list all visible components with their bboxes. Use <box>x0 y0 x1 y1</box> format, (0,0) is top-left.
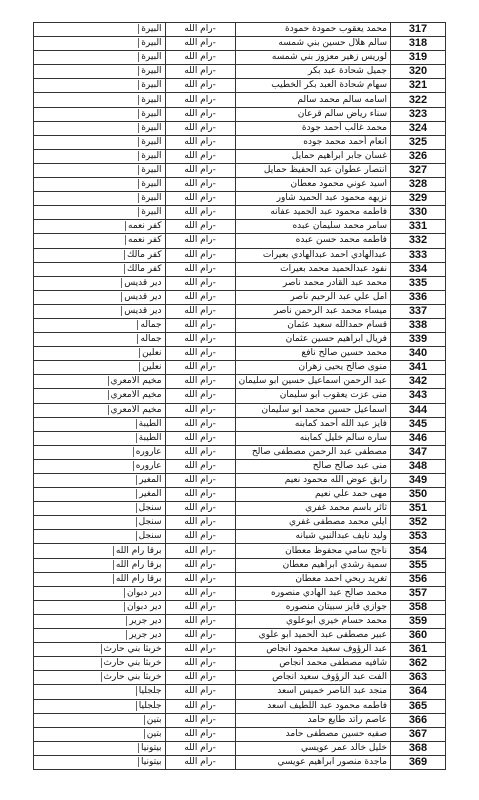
town-text: المغير <box>136 489 161 499</box>
town-cell: خربثا بني حارث <box>34 671 166 685</box>
name-cell: ناجح سامي محفوظ معطان <box>235 544 390 558</box>
name-cell: ايلي محمد مصطفى غفري <box>235 516 390 530</box>
name-cell: فريال ابراهيم حسين عثمان <box>235 333 390 347</box>
town-text: البيرة <box>138 95 161 105</box>
table-row: سنجلرام الله-ايلي محمد مصطفى غفري352 <box>34 516 446 530</box>
town-cell: الطيبة <box>34 431 166 445</box>
number-cell: 333 <box>391 248 446 262</box>
table-row: المغيررام الله-رابق عوض الله محمود نعيم3… <box>34 474 446 488</box>
town-text: نعلين <box>139 362 161 372</box>
table-row: عارورهرام الله-مصطفى عبد الرحمن مصطفى صا… <box>34 445 446 459</box>
district-cell: رام الله- <box>165 516 235 530</box>
district-cell: رام الله- <box>165 699 235 713</box>
town-text: مخيم الامعري <box>108 390 162 400</box>
number-cell: 342 <box>391 375 446 389</box>
district-cell: رام الله- <box>165 79 235 93</box>
number-cell: 360 <box>391 629 446 643</box>
town-cell: كفر نعمه <box>34 234 166 248</box>
table-row: برقا رام اللهرام الله-تغريد ربحي احمد مع… <box>34 572 446 586</box>
district-cell: رام الله- <box>165 347 235 361</box>
name-cell: جوازي فايز سبيتان منصوره <box>235 600 390 614</box>
district-cell: رام الله- <box>165 727 235 741</box>
table-row: البيرةرام الله-سناء رياض سالم قرعان323 <box>34 107 446 121</box>
town-text: جماله <box>137 320 161 330</box>
district-cell: رام الله- <box>165 361 235 375</box>
name-cell: منجد عبد الناصر خميس اسعد <box>235 685 390 699</box>
number-cell: 328 <box>391 178 446 192</box>
town-text: البيرة <box>138 193 161 203</box>
number-cell: 335 <box>391 276 446 290</box>
town-text: بتين <box>144 715 162 725</box>
town-cell: عاروره <box>34 459 166 473</box>
table-row: مخيم الامعريرام الله-عبد الرحمن اسماعيل … <box>34 375 446 389</box>
name-cell: فايز عبد الله أحمد كمابنه <box>235 417 390 431</box>
town-cell: نعلين <box>34 361 166 375</box>
table-row: بيتونيارام الله-خليل خالد عمر عويسي368 <box>34 741 446 755</box>
number-cell: 363 <box>391 671 446 685</box>
district-cell: رام الله- <box>165 51 235 65</box>
district-cell: رام الله- <box>165 262 235 276</box>
town-text: البيرة <box>138 109 161 119</box>
district-cell: رام الله- <box>165 530 235 544</box>
number-cell: 359 <box>391 614 446 628</box>
town-text: سنجل <box>136 531 162 541</box>
name-cell: سهام شحادة العبد بكر الخطيب <box>235 79 390 93</box>
district-cell: رام الله- <box>165 318 235 332</box>
town-cell: البيرة <box>34 107 166 121</box>
number-cell: 338 <box>391 318 446 332</box>
district-cell: رام الله- <box>165 544 235 558</box>
table-row: نعلينرام الله-محمد حسين صالح نافع340 <box>34 347 446 361</box>
table-row: مخيم الامعريرام الله-اسماعيل حسين محمد ا… <box>34 403 446 417</box>
table-row: البيرةرام الله-لوريس زهير معزوز بني شمسه… <box>34 51 446 65</box>
number-cell: 339 <box>391 333 446 347</box>
town-text: البيرة <box>138 52 161 62</box>
name-cell: جميل شحادة عبد بكر <box>235 65 390 79</box>
town-text: بيتونيا <box>138 743 162 753</box>
district-cell: رام الله- <box>165 206 235 220</box>
town-cell: البيرة <box>34 93 166 107</box>
table-row: البيرةرام الله-غسان جابر ابراهيم حمايل32… <box>34 149 446 163</box>
name-cell: سناء رياض سالم قرعان <box>235 107 390 121</box>
name-cell: عبد الرحمن اسماعيل حسين ابو سليمان <box>235 375 390 389</box>
number-cell: 337 <box>391 304 446 318</box>
name-cell: اسماعيل حسين محمد ابو سليمان <box>235 403 390 417</box>
number-cell: 318 <box>391 37 446 51</box>
name-cell: منوى صالح يحيى زهران <box>235 361 390 375</box>
number-cell: 326 <box>391 149 446 163</box>
table-row: برقا رام اللهرام الله-سمية رشدي ابراهيم … <box>34 558 446 572</box>
town-cell: البيرة <box>34 163 166 177</box>
table-row: دير جريررام الله-عبير مصطفى عبد الحميد ا… <box>34 629 446 643</box>
name-cell: ماجدة منصور ابراهيم عويسي <box>235 755 390 769</box>
number-cell: 354 <box>391 544 446 558</box>
district-cell: رام الله- <box>165 431 235 445</box>
town-text: جلجليا <box>136 701 162 711</box>
number-cell: 344 <box>391 403 446 417</box>
district-cell: رام الله- <box>165 685 235 699</box>
town-text: مخيم الامعري <box>108 376 162 386</box>
name-cell: ميساء محمد عبد الرحمن ناصر <box>235 304 390 318</box>
table-row: الطيبةرام الله-فايز عبد الله أحمد كمابنه… <box>34 417 446 431</box>
district-cell: رام الله- <box>165 333 235 347</box>
town-cell: خربثا بني حارث <box>34 643 166 657</box>
district-cell: رام الله- <box>165 23 235 37</box>
town-cell: كفر مالك <box>34 248 166 262</box>
district-cell: رام الله- <box>165 220 235 234</box>
town-cell: دير قديس <box>34 290 166 304</box>
town-cell: بتين <box>34 713 166 727</box>
number-cell: 350 <box>391 488 446 502</box>
town-cell: البيرة <box>34 51 166 65</box>
table-row: مخيم الامعريرام الله-منى عزت يعقوب ابو س… <box>34 389 446 403</box>
town-text: البيرة <box>138 137 161 147</box>
table-row: البيرةرام الله-نزيهه محمود عبد الحميد شا… <box>34 192 446 206</box>
town-text: كفر مالك <box>124 250 162 260</box>
town-text: دير قديس <box>121 292 161 302</box>
number-cell: 325 <box>391 135 446 149</box>
name-cell: انتصار عطوان عبد الحفيظ حمايل <box>235 163 390 177</box>
district-cell: رام الله- <box>165 178 235 192</box>
table-row: كفر مالكرام الله-عبدالهادي احمد عبدالهاد… <box>34 248 446 262</box>
town-text: بيتونيا <box>138 757 162 767</box>
town-text: البيرة <box>138 38 161 48</box>
table-row: جلجليارام الله-منجد عبد الناصر خميس اسعد… <box>34 685 446 699</box>
table-row: الطيبةرام الله-ساره سالم خليل كمابنه346 <box>34 431 446 445</box>
district-cell: رام الله- <box>165 558 235 572</box>
town-text: جلجليا <box>136 686 162 696</box>
name-cell: صفيه حسين مصطفى حامد <box>235 727 390 741</box>
number-cell: 319 <box>391 51 446 65</box>
table-row: البيرةرام الله-اسيد عوني محمود معطان328 <box>34 178 446 192</box>
district-cell: رام الله- <box>165 290 235 304</box>
district-cell: رام الله- <box>165 502 235 516</box>
table-row: البيرةرام الله-اسامه سالم محمد سالم322 <box>34 93 446 107</box>
name-cell: نزيهه محمود عبد الحميد شاور <box>235 192 390 206</box>
name-cell: عبير مصطفى عبد الحميد ابو علوي <box>235 629 390 643</box>
town-text: البيرة <box>138 165 161 175</box>
town-cell: البيرة <box>34 192 166 206</box>
number-cell: 353 <box>391 530 446 544</box>
town-cell: خربثا بني حارث <box>34 657 166 671</box>
number-cell: 327 <box>391 163 446 177</box>
town-text: خربثا بني حارث <box>101 658 162 668</box>
table-row: نعلينرام الله-منوى صالح يحيى زهران341 <box>34 361 446 375</box>
table-row: خربثا بني حارثرام الله-شافيه مصطفى محمد … <box>34 657 446 671</box>
town-cell: كفر مالك <box>34 262 166 276</box>
town-text: البيرة <box>138 80 161 90</box>
name-cell: خليل خالد عمر عويسي <box>235 741 390 755</box>
table-row: سنجلرام الله-ثائر باسم محمد غفري351 <box>34 502 446 516</box>
town-text: بتين <box>144 729 162 739</box>
town-cell: بيتونيا <box>34 755 166 769</box>
name-cell: محمد يعقوب حمودة حمودة <box>235 23 390 37</box>
district-cell: رام الله- <box>165 671 235 685</box>
number-cell: 330 <box>391 206 446 220</box>
town-cell: سنجل <box>34 516 166 530</box>
name-cell: نفود عبدالحميد محمد بعيرات <box>235 262 390 276</box>
table-row: دير دبوانرام الله-محمد صالح عبد الهادي م… <box>34 586 446 600</box>
district-cell: رام الله- <box>165 192 235 206</box>
district-cell: رام الله- <box>165 629 235 643</box>
town-text: جماله <box>137 334 161 344</box>
name-cell: منى عبد صالح صالح <box>235 459 390 473</box>
table-row: البيرةرام الله-سهام شحادة العبد بكر الخط… <box>34 79 446 93</box>
town-cell: بيتونيا <box>34 741 166 755</box>
district-cell: رام الله- <box>165 37 235 51</box>
town-text: الطيبة <box>136 419 162 429</box>
number-cell: 356 <box>391 572 446 586</box>
table-row: جلجليارام الله-فاطمه محمود عبد اللطيف اس… <box>34 699 446 713</box>
town-cell: البيرة <box>34 79 166 93</box>
number-cell: 358 <box>391 600 446 614</box>
town-text: عاروره <box>133 447 162 457</box>
town-cell: البيرة <box>34 37 166 51</box>
number-cell: 367 <box>391 727 446 741</box>
name-cell: اسامه سالم محمد سالم <box>235 93 390 107</box>
town-cell: دير دبوان <box>34 586 166 600</box>
name-cell: محمد صالح عبد الهادي منصوره <box>235 586 390 600</box>
district-cell: رام الله- <box>165 276 235 290</box>
town-cell: البيرة <box>34 206 166 220</box>
district-cell: رام الله- <box>165 417 235 431</box>
number-cell: 346 <box>391 431 446 445</box>
town-text: مخيم الامعري <box>108 405 162 415</box>
table-row: خربثا بني حارثرام الله-عبد الرؤوف سعيد م… <box>34 643 446 657</box>
town-text: دير قديس <box>121 306 161 316</box>
name-cell: رابق عوض الله محمود نعيم <box>235 474 390 488</box>
table-row: البيرةرام الله-جميل شحادة عبد بكر320 <box>34 65 446 79</box>
table-row: برقا رام اللهرام الله-ناجح سامي محفوظ مع… <box>34 544 446 558</box>
number-cell: 362 <box>391 657 446 671</box>
district-cell: رام الله- <box>165 755 235 769</box>
town-text: البيرة <box>138 66 161 76</box>
town-cell: الطيبة <box>34 417 166 431</box>
name-cell: محمد غالب أحمد جودة <box>235 121 390 135</box>
name-cell: محمد عبد القادر محمد ناصر <box>235 276 390 290</box>
town-text: برقا رام الله <box>113 546 162 556</box>
town-text: خربثا بني حارث <box>101 672 162 682</box>
number-cell: 352 <box>391 516 446 530</box>
town-cell: دير قديس <box>34 276 166 290</box>
name-cell: تغريد ربحي احمد معطان <box>235 572 390 586</box>
number-cell: 369 <box>391 755 446 769</box>
town-text: خربثا بني حارث <box>101 644 162 654</box>
town-text: كفر مالك <box>124 264 162 274</box>
district-cell: رام الله- <box>165 234 235 248</box>
table-row: بتينرام الله-صفيه حسين مصطفى حامد367 <box>34 727 446 741</box>
town-text: دير جرير <box>126 630 161 640</box>
district-cell: رام الله- <box>165 657 235 671</box>
table-row: كفر نعمهرام الله-سامر محمد سليمان عبده33… <box>34 220 446 234</box>
district-cell: رام الله- <box>165 163 235 177</box>
table-row: كفر مالكرام الله-نفود عبدالحميد محمد بعي… <box>34 262 446 276</box>
table-row: جمالهرام الله-فريال ابراهيم حسين عثمان33… <box>34 333 446 347</box>
table-row: دير دبوانرام الله-جوازي فايز سبيتان منصو… <box>34 600 446 614</box>
district-cell: رام الله- <box>165 488 235 502</box>
number-cell: 351 <box>391 502 446 516</box>
names-table: البيرةرام الله-محمد يعقوب حمودة حمودة317… <box>33 22 446 770</box>
district-cell: رام الله- <box>165 93 235 107</box>
town-text: دير دبوان <box>124 602 162 612</box>
town-text: سنجل <box>136 503 162 513</box>
town-text: كفر نعمه <box>125 221 162 231</box>
table-row: دير قديسرام الله-امل علي عبد الرحيم ناصر… <box>34 290 446 304</box>
table-row: عارورهرام الله-منى عبد صالح صالح348 <box>34 459 446 473</box>
name-cell: مهى حمد علي نعيم <box>235 488 390 502</box>
name-cell: قسام حمدالله سعيد عثمان <box>235 318 390 332</box>
town-cell: البيرة <box>34 121 166 135</box>
district-cell: رام الله- <box>165 586 235 600</box>
table-row: بتينرام الله-عاصم راتد طايع حامد366 <box>34 713 446 727</box>
name-cell: محمد حسين صالح نافع <box>235 347 390 361</box>
number-cell: 329 <box>391 192 446 206</box>
town-cell: جلجليا <box>34 685 166 699</box>
table-row: البيرةرام الله-فاطمه محمود عبد الحميد عف… <box>34 206 446 220</box>
town-cell: سنجل <box>34 530 166 544</box>
town-text: دير جرير <box>126 616 161 626</box>
table-row: البيرةرام الله-انتصار عطوان عبد الحفيظ ح… <box>34 163 446 177</box>
name-cell: انعام أحمد محمد جوده <box>235 135 390 149</box>
name-cell: فاطمه محمود عبد الحميد عفانه <box>235 206 390 220</box>
town-cell: مخيم الامعري <box>34 375 166 389</box>
district-cell: رام الله- <box>165 304 235 318</box>
town-text: نعلين <box>139 348 161 358</box>
town-text: برقا رام الله <box>113 574 162 584</box>
town-cell: برقا رام الله <box>34 544 166 558</box>
name-cell: سامر محمد سليمان عبده <box>235 220 390 234</box>
table-row: جمالهرام الله-قسام حمدالله سعيد عثمان338 <box>34 318 446 332</box>
district-cell: رام الله- <box>165 614 235 628</box>
town-cell: برقا رام الله <box>34 558 166 572</box>
table-row: خربثا بني حارثرام الله-الفت عبد الرؤوف س… <box>34 671 446 685</box>
district-cell: رام الله- <box>165 375 235 389</box>
table-body: البيرةرام الله-محمد يعقوب حمودة حمودة317… <box>34 23 446 770</box>
town-cell: البيرة <box>34 149 166 163</box>
town-cell: جلجليا <box>34 699 166 713</box>
district-cell: رام الله- <box>165 572 235 586</box>
table-row: المغيررام الله-مهى حمد علي نعيم350 <box>34 488 446 502</box>
town-cell: مخيم الامعري <box>34 389 166 403</box>
number-cell: 347 <box>391 445 446 459</box>
table-row: البيرةرام الله-محمد غالب أحمد جودة324 <box>34 121 446 135</box>
name-cell: ثائر باسم محمد غفري <box>235 502 390 516</box>
name-cell: محمد حسام خيري ابوعلوي <box>235 614 390 628</box>
town-cell: البيرة <box>34 178 166 192</box>
town-cell: البيرة <box>34 23 166 37</box>
town-text: دير دبوان <box>124 588 162 598</box>
town-cell: جماله <box>34 333 166 347</box>
number-cell: 349 <box>391 474 446 488</box>
town-cell: دير دبوان <box>34 600 166 614</box>
district-cell: رام الله- <box>165 107 235 121</box>
name-cell: لوريس زهير معزوز بني شمسه <box>235 51 390 65</box>
name-cell: مصطفى عبد الرحمن مصطفى صالح <box>235 445 390 459</box>
town-text: دير قديس <box>121 278 161 288</box>
town-cell: دير جرير <box>34 614 166 628</box>
district-cell: رام الله- <box>165 389 235 403</box>
town-text: البيرة <box>138 179 161 189</box>
town-cell: جماله <box>34 318 166 332</box>
town-cell: نعلين <box>34 347 166 361</box>
town-text: المغير <box>136 475 161 485</box>
town-cell: البيرة <box>34 65 166 79</box>
number-cell: 341 <box>391 361 446 375</box>
number-cell: 355 <box>391 558 446 572</box>
number-cell: 320 <box>391 65 446 79</box>
town-text: البيرة <box>138 207 161 217</box>
number-cell: 334 <box>391 262 446 276</box>
number-cell: 336 <box>391 290 446 304</box>
name-cell: الفت عبد الرؤوف سعيد انجاص <box>235 671 390 685</box>
town-text: البيرة <box>138 123 161 133</box>
name-cell: وليد نايف عبدالنبي شبانه <box>235 530 390 544</box>
number-cell: 331 <box>391 220 446 234</box>
name-cell: شافيه مصطفى محمد انجاص <box>235 657 390 671</box>
name-cell: فاطمه محمد حسن عبده <box>235 234 390 248</box>
district-cell: رام الله- <box>165 248 235 262</box>
town-cell: سنجل <box>34 502 166 516</box>
table-row: البيرةرام الله-محمد يعقوب حمودة حمودة317 <box>34 23 446 37</box>
district-cell: رام الله- <box>165 121 235 135</box>
table-row: دير قديسرام الله-ميساء محمد عبد الرحمن ن… <box>34 304 446 318</box>
number-cell: 317 <box>391 23 446 37</box>
name-cell: عبد الرؤوف سعيد محمود انجاص <box>235 643 390 657</box>
name-cell: عبدالهادي احمد عبدالهادي بعيرات <box>235 248 390 262</box>
town-cell: المغير <box>34 474 166 488</box>
town-text: البيرة <box>138 24 161 34</box>
name-cell: فاطمه محمود عبد اللطيف اسعد <box>235 699 390 713</box>
number-cell: 366 <box>391 713 446 727</box>
number-cell: 345 <box>391 417 446 431</box>
district-cell: رام الله- <box>165 474 235 488</box>
number-cell: 365 <box>391 699 446 713</box>
number-cell: 322 <box>391 93 446 107</box>
name-cell: منى عزت يعقوب ابو سليمان <box>235 389 390 403</box>
number-cell: 368 <box>391 741 446 755</box>
district-cell: رام الله- <box>165 445 235 459</box>
town-text: كفر نعمه <box>125 235 162 245</box>
number-cell: 321 <box>391 79 446 93</box>
town-text: الطيبة <box>136 433 162 443</box>
number-cell: 340 <box>391 347 446 361</box>
name-cell: غسان جابر ابراهيم حمايل <box>235 149 390 163</box>
district-cell: رام الله- <box>165 713 235 727</box>
town-cell: دير جرير <box>34 629 166 643</box>
table-row: البيرةرام الله-انعام أحمد محمد جوده325 <box>34 135 446 149</box>
table-row: البيرةرام الله-سالم هلال حسين بني شمسه31… <box>34 37 446 51</box>
number-cell: 332 <box>391 234 446 248</box>
town-cell: دير قديس <box>34 304 166 318</box>
town-text: عاروره <box>133 461 162 471</box>
number-cell: 357 <box>391 586 446 600</box>
table-row: دير قديسرام الله-محمد عبد القادر محمد نا… <box>34 276 446 290</box>
district-cell: رام الله- <box>165 459 235 473</box>
table-row: دير جريررام الله-محمد حسام خيري ابوعلوي3… <box>34 614 446 628</box>
district-cell: رام الله- <box>165 643 235 657</box>
table-row: بيتونيارام الله-ماجدة منصور ابراهيم عويس… <box>34 755 446 769</box>
town-cell: مخيم الامعري <box>34 403 166 417</box>
district-cell: رام الله- <box>165 600 235 614</box>
name-cell: اسيد عوني محمود معطان <box>235 178 390 192</box>
town-text: البيرة <box>138 151 161 161</box>
number-cell: 364 <box>391 685 446 699</box>
district-cell: رام الله- <box>165 149 235 163</box>
town-cell: البيرة <box>34 135 166 149</box>
name-cell: سالم هلال حسين بني شمسه <box>235 37 390 51</box>
name-cell: عاصم راتد طايع حامد <box>235 713 390 727</box>
number-cell: 343 <box>391 389 446 403</box>
